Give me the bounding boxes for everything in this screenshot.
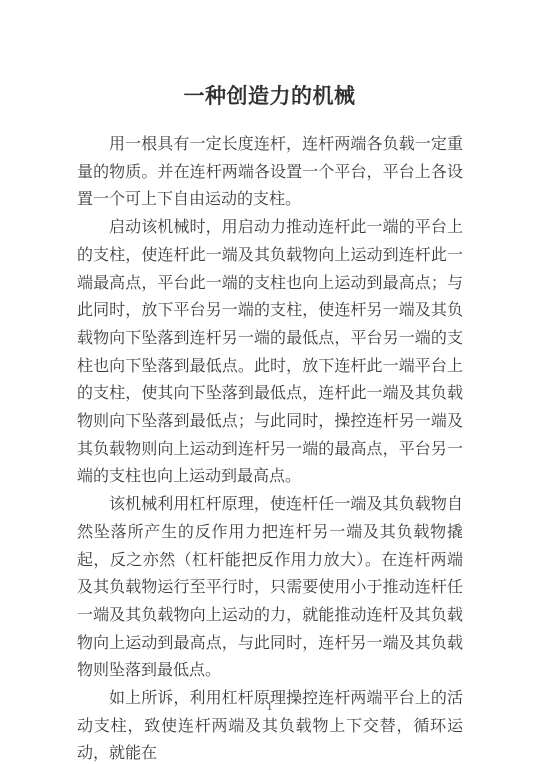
document-title: 一种创造力的机械 <box>0 80 539 110</box>
paragraph-conclusion: 如上所诉，利用杠杆原理操控连杆两端平台上的活动支柱，致使连杆两端及其负载物上下交… <box>77 685 463 764</box>
paragraph-operation: 启动该机械时，用启动力推动连杆此一端的平台上的支柱，使连杆此一端及其负载物向上运… <box>77 214 463 491</box>
document-page: 一种创造力的机械 用一根具有一定长度连杆，连杆两端各负载一定重量的物质。并在连杆… <box>0 0 539 764</box>
paragraph-principle: 该机械利用杠杆原理，使连杆任一端及其负载物自然坠落所产生的反作用力把连杆另一端及… <box>77 491 463 685</box>
paragraph-intro: 用一根具有一定长度连杆，连杆两端各负载一定重量的物质。并在连杆两端各设置一个平台… <box>77 131 463 214</box>
document-body: 用一根具有一定长度连杆，连杆两端各负载一定重量的物质。并在连杆两端各设置一个平台… <box>77 131 463 764</box>
page-number: 1 <box>0 699 539 714</box>
